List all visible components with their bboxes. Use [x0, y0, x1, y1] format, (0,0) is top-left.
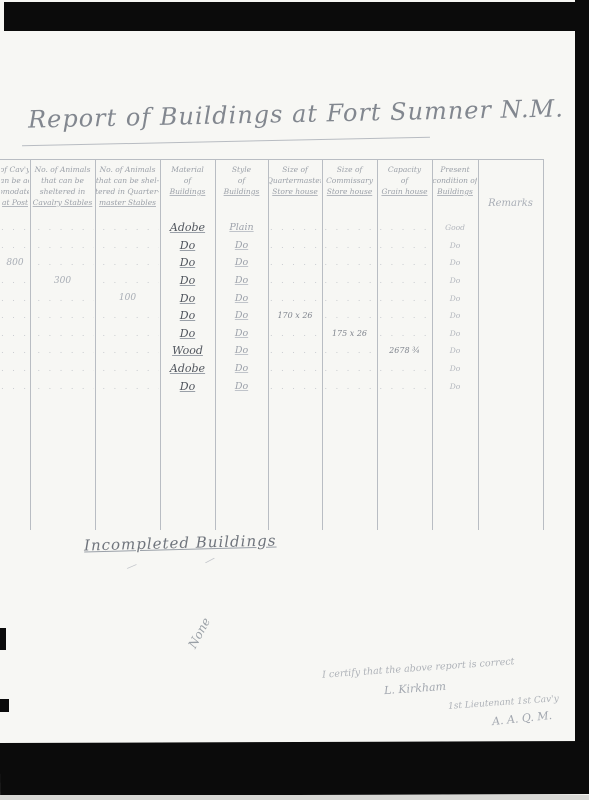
ditto-dots: . . . . . . . [323, 289, 376, 307]
ditto-dots: . . . . . . . [96, 254, 159, 272]
stray-mark: / [205, 554, 216, 567]
table-line [543, 159, 544, 530]
ditto-dots: . . . . . . . [269, 289, 321, 307]
ditto-dots: . . . . . . . [269, 272, 321, 290]
header-line: Present [440, 165, 469, 176]
cell-present-condition-row7: Do [433, 325, 477, 343]
cell-present-condition-row8: Do [433, 342, 477, 360]
ditto-dots: . . . . . . . [269, 342, 321, 360]
header-line: Material [171, 165, 203, 176]
ditto-dots: . . . . . . . [1, 360, 29, 378]
ditto-dots: . . . . . . . [1, 289, 29, 307]
column-header-size-quartermaster-storehouse: Size ofQuartermasterStore house [269, 161, 321, 223]
cell-accommodated-at-post-row3: 800 [1, 254, 29, 272]
header-line: Remarks [488, 197, 533, 212]
ditto-dots: . . . . . . . [1, 219, 29, 237]
cell-present-condition-row10: Do [433, 377, 477, 395]
cell-material-row8: Wood [161, 342, 214, 360]
header-line: Store house [272, 187, 318, 198]
header-line: Size of [337, 165, 363, 176]
scan-edge-mark [0, 628, 6, 650]
cell-present-condition-row2: Do [433, 237, 477, 255]
header-line: Store house [327, 187, 373, 198]
column-header-present-condition: Presentcondition ofBuildings [433, 161, 477, 223]
header-line: Buildings [437, 187, 473, 198]
section-heading: Incompleted Buildings [84, 531, 277, 554]
cell-material-row4: Do [161, 272, 214, 290]
ditto-dots: . . . . . . . [378, 237, 431, 255]
cell-style-row7: Do [216, 325, 267, 343]
cell-style-row3: Do [216, 254, 267, 272]
ditto-dots: . . . . . . . [96, 307, 159, 325]
header-line: Cavalry Stables [33, 198, 93, 209]
header-line: Commissary [326, 176, 373, 187]
header-line: of [184, 176, 191, 187]
cell-style-row2: Do [216, 237, 267, 255]
ditto-dots: . . . . . . . [378, 289, 431, 307]
ditto-dots: . . . . . . . [96, 360, 159, 378]
scan-border-right [575, 0, 589, 765]
ditto-dots: . . . . . . . [1, 342, 29, 360]
header-line: sheltered in [40, 187, 85, 198]
ditto-dots: . . . . . . . [1, 307, 29, 325]
ditto-dots: . . . . . . . [269, 254, 321, 272]
cell-material-row5: Do [161, 289, 214, 307]
header-line: Style [232, 165, 251, 176]
cell-capacity-grain-house-row8: 2678 ¾ [378, 342, 431, 360]
header-line: comodated [1, 187, 29, 198]
ditto-dots: . . . . . . . [323, 360, 376, 378]
cell-style-row6: Do [216, 307, 267, 325]
ditto-dots: . . . . . . . [378, 272, 431, 290]
cell-present-condition-row9: Do [433, 360, 477, 378]
ditto-dots: . . . . . . . [1, 325, 29, 343]
cell-size-commissary-storehouse-row7: 175 x 26 [323, 325, 376, 343]
scan-edge-strip [0, 795, 589, 800]
ditto-dots: . . . . . . . [31, 254, 94, 272]
cell-material-row2: Do [161, 237, 214, 255]
column-header-size-commissary-storehouse: Size ofCommissaryStore house [323, 161, 376, 223]
cell-material-row9: Adobe [161, 360, 214, 378]
certification-office: A. A. Q. M. [491, 709, 552, 728]
scanned-document-page: Report of Buildings at Fort Sumner N.M. … [0, 0, 589, 800]
cell-present-condition-row5: Do [433, 289, 477, 307]
header-line: master Stables [99, 198, 156, 209]
certification-statement: I certify that the above report is corre… [322, 656, 515, 680]
ditto-dots: . . . . . . . [323, 219, 376, 237]
header-line: of [238, 176, 245, 187]
ditto-dots: . . . . . . . [378, 307, 431, 325]
cell-material-row7: Do [161, 325, 214, 343]
annotation-none: None [185, 615, 213, 650]
cell-style-row1: Plain [216, 219, 267, 237]
ditto-dots: . . . . . . . [31, 289, 94, 307]
cell-present-condition-row4: Do [433, 272, 477, 290]
ditto-dots: . . . . . . . [269, 325, 321, 343]
header-line: that can be [41, 176, 84, 187]
ditto-dots: . . . . . . . [269, 360, 321, 378]
page-title: Report of Buildings at Fort Sumner N.M. [28, 94, 564, 133]
header-line: Grain house [381, 187, 427, 198]
ditto-dots: . . . . . . . [31, 360, 94, 378]
title-underline [22, 137, 430, 147]
ditto-dots: . . . . . . . [31, 325, 94, 343]
column-header-animals-cavalry-stables: No. of Animalsthat can besheltered inCav… [31, 161, 94, 223]
scan-border-top [4, 2, 589, 31]
ditto-dots: . . . . . . . [31, 237, 94, 255]
ditto-dots: . . . . . . . [96, 272, 159, 290]
header-line: Buildings [224, 187, 260, 198]
ditto-dots: . . . . . . . [31, 219, 94, 237]
ditto-dots: . . . . . . . [96, 237, 159, 255]
ditto-dots: . . . . . . . [378, 219, 431, 237]
cell-present-condition-row1: Good [433, 219, 477, 237]
column-header-animals-quartermaster-stables: No. of Animalsthat can be shel-tered in … [96, 161, 159, 223]
header-line: Buildings [170, 187, 206, 198]
cell-material-row10: Do [161, 377, 214, 395]
ditto-dots: . . . . . . . [378, 377, 431, 395]
ditto-dots: . . . . . . . [96, 219, 159, 237]
header-line: can be ac- [1, 176, 29, 187]
ditto-dots: . . . . . . . [323, 377, 376, 395]
ditto-dots: . . . . . . . [323, 272, 376, 290]
cell-material-row1: Adobe [161, 219, 214, 237]
stray-mark: / [126, 560, 137, 572]
header-line: of [401, 176, 408, 187]
header-line: at Post [2, 198, 28, 209]
header-line: Size of [282, 165, 308, 176]
cell-present-condition-row6: Do [433, 307, 477, 325]
column-header-capacity-grain-house: CapacityofGrain house [378, 161, 431, 223]
ditto-dots: . . . . . . . [1, 377, 29, 395]
header-line: of Cav'y [1, 165, 29, 176]
column-header-material: MaterialofBuildings [161, 161, 214, 223]
certification-signature: L. Kirkham [384, 680, 447, 697]
header-line: condition of [433, 176, 477, 187]
column-header-remarks: Remarks [479, 161, 542, 233]
ditto-dots: . . . . . . . [96, 325, 159, 343]
ditto-dots: . . . . . . . [269, 237, 321, 255]
ditto-dots: . . . . . . . [96, 377, 159, 395]
cell-material-row3: Do [161, 254, 214, 272]
ditto-dots: . . . . . . . [323, 254, 376, 272]
ditto-dots: . . . . . . . [269, 219, 321, 237]
header-line: Capacity [388, 165, 421, 176]
column-header-style: StyleofBuildings [216, 161, 267, 223]
cell-present-condition-row3: Do [433, 254, 477, 272]
ditto-dots: . . . . . . . [31, 307, 94, 325]
scan-edge-mark [0, 699, 9, 712]
ditto-dots: . . . . . . . [323, 342, 376, 360]
ditto-dots: . . . . . . . [31, 377, 94, 395]
scan-border-bottom [0, 741, 589, 796]
cell-size-quartermaster-storehouse-row6: 170 x 26 [269, 307, 321, 325]
ditto-dots: . . . . . . . [378, 325, 431, 343]
cell-style-row4: Do [216, 272, 267, 290]
ditto-dots: . . . . . . . [31, 342, 94, 360]
cell-style-row9: Do [216, 360, 267, 378]
table-line [0, 159, 543, 160]
header-line: No. of Animals [35, 165, 91, 176]
cell-style-row5: Do [216, 289, 267, 307]
header-line: tered in Quarter- [96, 187, 159, 198]
column-header-accommodated-at-post: of Cav'ycan be ac-comodatedat Post [1, 161, 29, 223]
cell-animals-quartermaster-stables-row5: 100 [96, 289, 159, 307]
cell-animals-cavalry-stables-row4: 300 [31, 272, 94, 290]
ditto-dots: . . . . . . . [269, 377, 321, 395]
cell-style-row8: Do [216, 342, 267, 360]
ditto-dots: . . . . . . . [96, 342, 159, 360]
ditto-dots: . . . . . . . [378, 360, 431, 378]
cell-material-row6: Do [161, 307, 214, 325]
ditto-dots: . . . . . . . [323, 237, 376, 255]
ditto-dots: . . . . . . . [1, 237, 29, 255]
ditto-dots: . . . . . . . [323, 307, 376, 325]
cell-style-row10: Do [216, 377, 267, 395]
header-line: that can be shel- [96, 176, 159, 187]
header-line: Quartermaster [269, 176, 321, 187]
header-line: No. of Animals [100, 165, 156, 176]
ditto-dots: . . . . . . . [1, 272, 29, 290]
ditto-dots: . . . . . . . [378, 254, 431, 272]
